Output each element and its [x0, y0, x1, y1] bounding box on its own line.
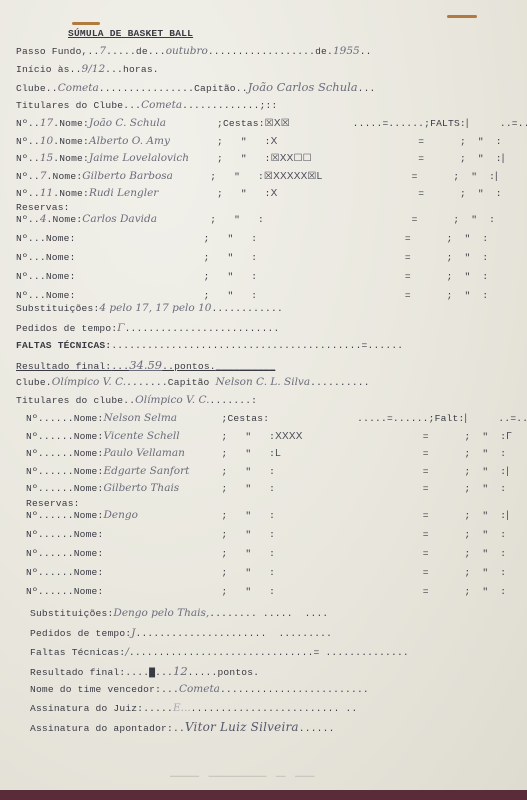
- number-label: Nº: [16, 271, 28, 282]
- player-row: Nº......Nome:Paulo Vellaman; " :L = ; " …: [26, 447, 527, 459]
- player-row: Nº..11.Nome:Rudi Lengler; " :X = ; " : =: [16, 187, 527, 199]
- month-value: outubro: [166, 45, 208, 57]
- player-fouls: |: [466, 118, 500, 129]
- number-label: Nº: [26, 510, 38, 521]
- player-name: Dengo: [103, 509, 221, 521]
- number-label: Nº: [16, 171, 28, 182]
- name-label: Nome:: [74, 466, 104, 477]
- team1-result: 34.59: [129, 358, 162, 372]
- player-row: Nº..7.Nome:Gilberto Barbosa; " :☒XXXXX☒L…: [16, 170, 527, 182]
- number-label: Nº: [26, 448, 38, 459]
- player-name: Carlos Davida: [82, 213, 210, 225]
- name-label: Nome:: [59, 153, 89, 164]
- name-label: Nome:: [74, 548, 104, 559]
- referee-label: Assinatura do Juiz:: [30, 703, 143, 714]
- number-label: Nº: [26, 431, 38, 442]
- player-row: Nº..17.Nome:João C. Schula;Cestas:☒X☒...…: [16, 117, 527, 129]
- name-label: Nome:: [74, 586, 104, 597]
- team2-timeouts-line: Pedidos de tempo:J......................…: [30, 627, 332, 639]
- team1-club-line: Clube..Cometa................Capitão..Jo…: [16, 80, 376, 94]
- team1-substitutions: 4 pelo 17, 17 pelo 10: [99, 302, 211, 314]
- day-value: 7: [99, 45, 106, 57]
- player-baskets: XXXX: [275, 431, 381, 442]
- baskets-label: Cestas:: [223, 118, 265, 129]
- name-label: Nome:: [59, 188, 89, 199]
- team2-timeouts: J: [131, 627, 135, 639]
- date-line: Passo Fundo,..7.....de...outubro........…: [16, 45, 372, 57]
- number-label: Nº: [16, 136, 28, 147]
- player-fouls: |: [506, 510, 527, 521]
- number-label: Nº: [26, 529, 38, 540]
- player-name: Jaime Lovelalovich: [89, 152, 217, 164]
- result-label: Resultado final:: [16, 361, 111, 372]
- tape-mark: [72, 22, 100, 25]
- name-label: Nome:: [74, 529, 104, 540]
- player-name: Paulo Vellaman: [103, 447, 221, 459]
- team1-substitutions-line: Substituições:4 pelo 17, 17 pelo 10.....…: [16, 302, 283, 314]
- name-label: Nome:: [46, 252, 76, 263]
- player-row: Nº..10.Nome:Alberto O. Amy; " :X = ; " :…: [16, 135, 527, 147]
- number-label: Nº: [16, 233, 28, 244]
- team2-substitutions-line: Substituições:Dengo pelo Thais,........ …: [30, 607, 328, 619]
- team2-substitutions: Dengo pelo Thais,: [113, 607, 209, 619]
- hours-label: horas.: [123, 64, 159, 75]
- name-label: Nome:: [74, 448, 104, 459]
- team1-technical-line: FALTAS TÉCNICAS:........................…: [16, 340, 403, 351]
- player-row: Nº..4.Nome:Carlos Davida; " : = ; " : =: [16, 213, 527, 225]
- technical-label: Faltas Técnicas:: [30, 647, 125, 658]
- number-label: Nº: [16, 290, 28, 301]
- player-fouls: |: [464, 413, 498, 424]
- name-label: Nome:: [74, 567, 104, 578]
- team2-captain: Nelson C. L. Silva: [215, 376, 310, 388]
- name-label: Nome:: [74, 431, 104, 442]
- player-row: Nº......Nome:; " : = ; " : =: [26, 585, 527, 597]
- number-label: Nº: [26, 413, 38, 424]
- year-label: de: [315, 46, 327, 57]
- start-line: Início às..9/12...horas.: [16, 63, 159, 75]
- player-fouls: Γ: [506, 431, 527, 442]
- starters-label: Titulares do clube: [16, 395, 123, 406]
- player-fouls: |: [502, 153, 527, 164]
- player-row: Nº..15.Nome:Jaime Lovelalovich; " :☒XX☐☐…: [16, 152, 527, 164]
- player-name: Gilberto Thais: [103, 482, 221, 494]
- number-label: Nº: [16, 252, 28, 263]
- club-label: Clube: [16, 377, 46, 388]
- name-label: Nome:: [74, 413, 104, 424]
- name-label: Nome:: [74, 483, 104, 494]
- winner-line: Nome do time vencedor:...Cometa.........…: [30, 683, 369, 695]
- player-row: Nº......Nome:Vicente Schell; " :XXXX = ;…: [26, 430, 527, 442]
- number-label: Nº: [16, 214, 28, 225]
- player-row: Nº......Nome:Nelson Selma;Cestas:.....=.…: [26, 412, 527, 424]
- winner-label: Nome do time vencedor:: [30, 684, 161, 695]
- captain-label: Capitão: [168, 377, 210, 388]
- start-time: 9/12: [82, 63, 106, 75]
- name-label: Nome:: [46, 271, 76, 282]
- team1-timeouts: Γ: [117, 322, 124, 334]
- number-label: Nº: [26, 466, 38, 477]
- player-baskets: L: [275, 448, 381, 459]
- club-label: Clube: [16, 83, 46, 94]
- referee-signature: E...: [173, 702, 191, 714]
- player-fouls: |: [495, 171, 527, 182]
- referee-line: Assinatura do Juiz:.....E...............…: [30, 702, 357, 714]
- scorer-line: Assinatura do apontador:..Vitor Luiz Sil…: [30, 720, 335, 734]
- player-baskets: ☒XXXXX☒L: [264, 171, 370, 182]
- city-label: Passo Fundo,: [16, 46, 88, 57]
- number-label: Nº: [26, 548, 38, 559]
- name-label: Nome:: [59, 136, 89, 147]
- player-row: Nº......Nome:; " : = ; " : =: [26, 547, 527, 559]
- name-label: Nome:: [46, 290, 76, 301]
- points-label: pontos.: [174, 361, 216, 372]
- scoresheet-page: SÚMULA DE BASKET BALL Passo Fundo,..7...…: [0, 0, 527, 790]
- year-value: 1955: [333, 45, 360, 57]
- team2-club: Olímpico V. C.: [52, 376, 126, 388]
- number-label: Nº: [26, 586, 38, 597]
- player-row: Nº......Nome:Dengo; " : = ; " :| =: [26, 509, 527, 521]
- player-row: Nº...Nome:; " : = ; " : =: [16, 232, 527, 244]
- number-label: Nº: [16, 153, 28, 164]
- team2-result: 12: [173, 664, 188, 678]
- player-number: 11: [40, 187, 53, 199]
- reserves-label: Reservas:: [26, 498, 80, 509]
- name-label: Nome:: [53, 171, 83, 182]
- player-name: Rudi Lengler: [89, 187, 217, 199]
- player-number: 4: [40, 213, 47, 225]
- technical-label: FALTAS TÉCNICAS:: [16, 340, 111, 351]
- team2-technical-line: Faltas Técnicas:/.......................…: [30, 646, 409, 658]
- substitutions-label: Substituições:: [30, 608, 113, 619]
- player-row: Nº......Nome:Edgarte Sanfort; " : = ; " …: [26, 465, 527, 477]
- team2-club-line: Clube.Olímpico V. C........Capitão Nelso…: [16, 376, 370, 388]
- player-name: João C. Schula: [89, 117, 217, 129]
- player-baskets: ☒XX☐☐: [271, 153, 377, 164]
- substitutions-label: Substituições:: [16, 303, 99, 314]
- tape-mark: [447, 15, 477, 18]
- player-number: 7: [40, 170, 47, 182]
- player-name: Edgarte Sanfort: [103, 465, 221, 477]
- start-label: Início às: [16, 64, 70, 75]
- timeouts-label: Pedidos de tempo:: [16, 323, 117, 334]
- player-row: Nº...Nome:; " : = ; " : =: [16, 270, 527, 282]
- player-row: Nº...Nome:; " : = ; " : =: [16, 251, 527, 263]
- player-fouls: |: [506, 466, 527, 477]
- name-label: Nome:: [46, 233, 76, 244]
- player-name: Alberto O. Amy: [89, 135, 217, 147]
- team1-starters-club: Cometa: [141, 99, 182, 111]
- player-row: Nº...Nome:; " : = ; " : =: [16, 289, 527, 301]
- player-baskets: X: [271, 136, 377, 147]
- player-number: 15: [40, 152, 53, 164]
- name-label: Nome:: [53, 214, 83, 225]
- result-label: Resultado final:: [30, 667, 125, 678]
- number-label: Nº: [26, 567, 38, 578]
- number-label: Nº: [16, 188, 28, 199]
- baskets-label: Cestas:: [227, 413, 269, 424]
- team2-technical: /: [125, 646, 129, 658]
- points-label: pontos.: [217, 667, 259, 678]
- player-name: Nelson Selma: [103, 412, 221, 424]
- player-name: Vicente Schell: [103, 430, 221, 442]
- team2-result-line: Resultado final:....▇...12.....pontos.: [30, 664, 259, 678]
- team1-starters-line: Titulares do Clube...Cometa.............…: [16, 99, 277, 111]
- player-baskets: X: [271, 188, 377, 199]
- name-label: Nome:: [74, 510, 104, 521]
- team1-captain: João Carlos Schula: [248, 80, 358, 94]
- team1-result-line: Resultado final:...34.59..pontos._______…: [16, 358, 275, 372]
- captain-label: Capitão: [194, 83, 236, 94]
- team1-club: Cometa: [58, 82, 99, 94]
- number-label: Nº: [16, 118, 28, 129]
- scorer-label: Assinatura do apontador:: [30, 723, 173, 734]
- team1-timeouts-line: Pedidos de tempo:Γ......................…: [16, 322, 279, 334]
- scorer-signature: Vitor Luiz Silveira: [185, 720, 299, 734]
- player-number: 10: [40, 135, 53, 147]
- player-number: 17: [40, 117, 53, 129]
- winner-value: Cometa: [179, 683, 220, 695]
- player-row: Nº......Nome:; " : = ; " : =: [26, 528, 527, 540]
- fouls-label: Falt:: [435, 413, 465, 424]
- team2-starters-line: Titulares do clube..Olímpico V. C.......…: [16, 394, 257, 406]
- player-name: Gilberto Barbosa: [82, 170, 210, 182]
- team2-starters-club: Olímpico V. C.: [135, 394, 209, 406]
- name-label: Nome:: [59, 118, 89, 129]
- de-label: de: [136, 46, 148, 57]
- number-label: Nº: [26, 483, 38, 494]
- player-row: Nº......Nome:; " : = ; " : =: [26, 566, 527, 578]
- form-title: SÚMULA DE BASKET BALL: [68, 28, 193, 39]
- timeouts-label: Pedidos de tempo:: [30, 628, 131, 639]
- player-baskets: ☒X☒: [265, 118, 353, 129]
- player-row: Nº......Nome:Gilberto Thais; " : = ; " :…: [26, 482, 527, 494]
- starters-label: Titulares do Clube: [16, 100, 123, 111]
- fouls-label: FALTS:: [430, 118, 466, 129]
- reserves-label: Reservas:: [16, 202, 70, 213]
- bleed-through-text: ▁▁▁▁▁▁ ▁▁▁▁▁▁▁▁▁▁▁▁ ▁▁ ▁▁▁▁: [170, 768, 314, 778]
- scan-border: [0, 790, 527, 800]
